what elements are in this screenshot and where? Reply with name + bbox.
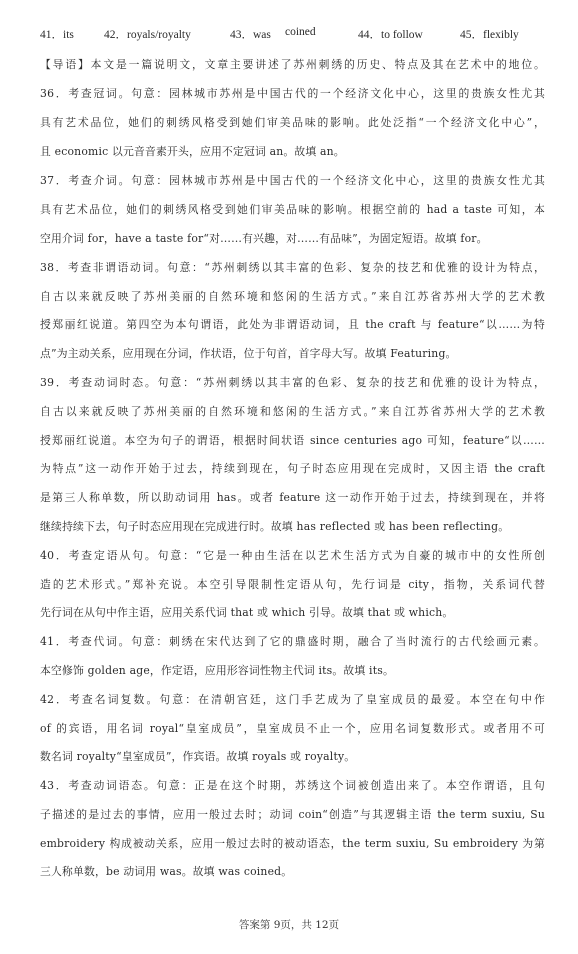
explanation-36-line-2: 具有艺术品位，她们的刺绣风格受到她们审美品味的影响。此处泛指“一个经济文化中心”… xyxy=(40,116,545,130)
explanation-43-line-3: embroidery 构成被动关系，应用一般过去时的被动语态，the term … xyxy=(40,837,545,851)
explanation-38-line-4: 点”为主动关系，应用现在分词，作状语，位于句首，首字母大写。故填 Featuri… xyxy=(40,347,545,361)
explanation-37-line-2: 具有艺术品位，她们的刺绣风格受到她们审美品味的影响。根据空前的 had a ta… xyxy=(40,203,545,217)
answer-42: 42．royals/royalty xyxy=(104,26,191,42)
explanation-43-line-1: 43．考查动词语态。句意：正是在这个时期，苏绣这个词被创造出来了。本空作谓语，且… xyxy=(40,779,545,793)
answer-44: 44．to follow xyxy=(358,26,423,42)
explanation-41-line-1: 41．考查代词。句意：刺绣在宋代达到了它的鼎盛时期，融合了当时流行的古代绘画元素… xyxy=(40,635,545,649)
explanation-39-line-4: 为特点”这一动作开始于过去，持续到现在，句子时态应用现在完成时，又因主语 the… xyxy=(40,462,545,476)
answer-45: 45．flexibly xyxy=(460,26,519,42)
explanation-40-line-3: 先行词在从句中作主语，应用关系代词 that 或 which 引导。故填 tha… xyxy=(40,606,545,620)
explanation-39-line-1: 39．考查动词时态。句意：“苏州刺绣以其丰富的色彩、复杂的技艺和优雅的设计为特点… xyxy=(40,376,545,390)
explanation-36-line-1: 36．考查冠词。句意：园林城市苏州是中国古代的一个经济文化中心，这里的贵族女性尤… xyxy=(40,87,545,101)
explanation-39-line-6: 继续持续下去，句子时态应用现在完成进行时。故填 has reflected 或 … xyxy=(40,520,545,534)
page-footer: 答案第 9页，共 12页 xyxy=(0,917,578,932)
explanation-38-line-3: 授郑丽红说道。第四空为本句谓语，此处为非谓语动词，且 the craft 与 f… xyxy=(40,318,545,332)
explanation-43-line-2: 子描述的是过去的事情，应用一般过去时；动词 coin“创造”与其逻辑主语 the… xyxy=(40,808,545,822)
explanation-39-line-5: 是第三人称单数，所以助动词用 has。或者 feature 这一动作开始于过去，… xyxy=(40,491,545,505)
answer-41: 41．its xyxy=(40,26,74,42)
explanation-38-line-2: 自古以来就反映了苏州美丽的自然环境和悠闲的生活方式。”来自江苏省苏州大学的艺术教 xyxy=(40,290,545,304)
explanation-39-line-2: 自古以来就反映了苏州美丽的自然环境和悠闲的生活方式。”来自江苏省苏州大学的艺术教 xyxy=(40,405,545,419)
explanation-42-line-2: of 的宾语，用名词 royal“皇室成员”，皇室成员不止一个，应用名词复数形式… xyxy=(40,722,545,736)
explanation-39-line-3: 授郑丽红说道。本空为句子的谓语，根据时间状语 since centuries a… xyxy=(40,434,545,448)
explanation-41-line-2: 本空修饰 golden age，作定语，应用形容词性物主代词 its。故填 it… xyxy=(40,664,545,678)
explanation-43-line-4: 三人称单数，be 动词用 was。故填 was coined。 xyxy=(40,865,545,879)
explanation-42-line-1: 42．考查名词复数。句意：在清朝宫廷，这门手艺成为了皇室成员的最爱。本空在句中作 xyxy=(40,693,545,707)
explanation-40-line-2: 造的艺术形式。”郑补充说。本空引导限制性定语从句，先行词是 city，指物，关系… xyxy=(40,578,545,592)
guide-text: 【导语】本文是一篇说明文，文章主要讲述了苏州刺绣的历史、特点及其在艺术中的地位。 xyxy=(40,58,545,72)
explanation-36-line-3: 且 economic 以元音音素开头，应用不定冠词 an。故填 an。 xyxy=(40,145,545,159)
explanation-37-line-3: 空用介词 for，have a taste for“对……有兴趣，对……有品味”… xyxy=(40,232,545,246)
answer-key-line: 41．its 42．royals/royalty 43．was coined 4… xyxy=(40,26,550,46)
explanation-40-line-1: 40．考查定语从句。句意：“它是一种由生活在以艺术生活方式为自豪的城市中的女性所… xyxy=(40,549,545,563)
explanation-37-line-1: 37．考查介词。句意：园林城市苏州是中国古代的一个经济文化中心，这里的贵族女性尤… xyxy=(40,174,545,188)
document-page: 41．its 42．royals/royalty 43．was coined 4… xyxy=(0,0,578,954)
answer-43: 43．was xyxy=(230,26,271,42)
explanation-42-line-3: 数名词 royalty“皇室成员”，作宾语。故填 royals 或 royalt… xyxy=(40,750,545,764)
explanation-38-line-1: 38．考查非谓语动词。句意：“苏州刺绣以其丰富的色彩、复杂的技艺和优雅的设计为特… xyxy=(40,261,545,275)
answer-43-cont: coined xyxy=(285,26,316,38)
